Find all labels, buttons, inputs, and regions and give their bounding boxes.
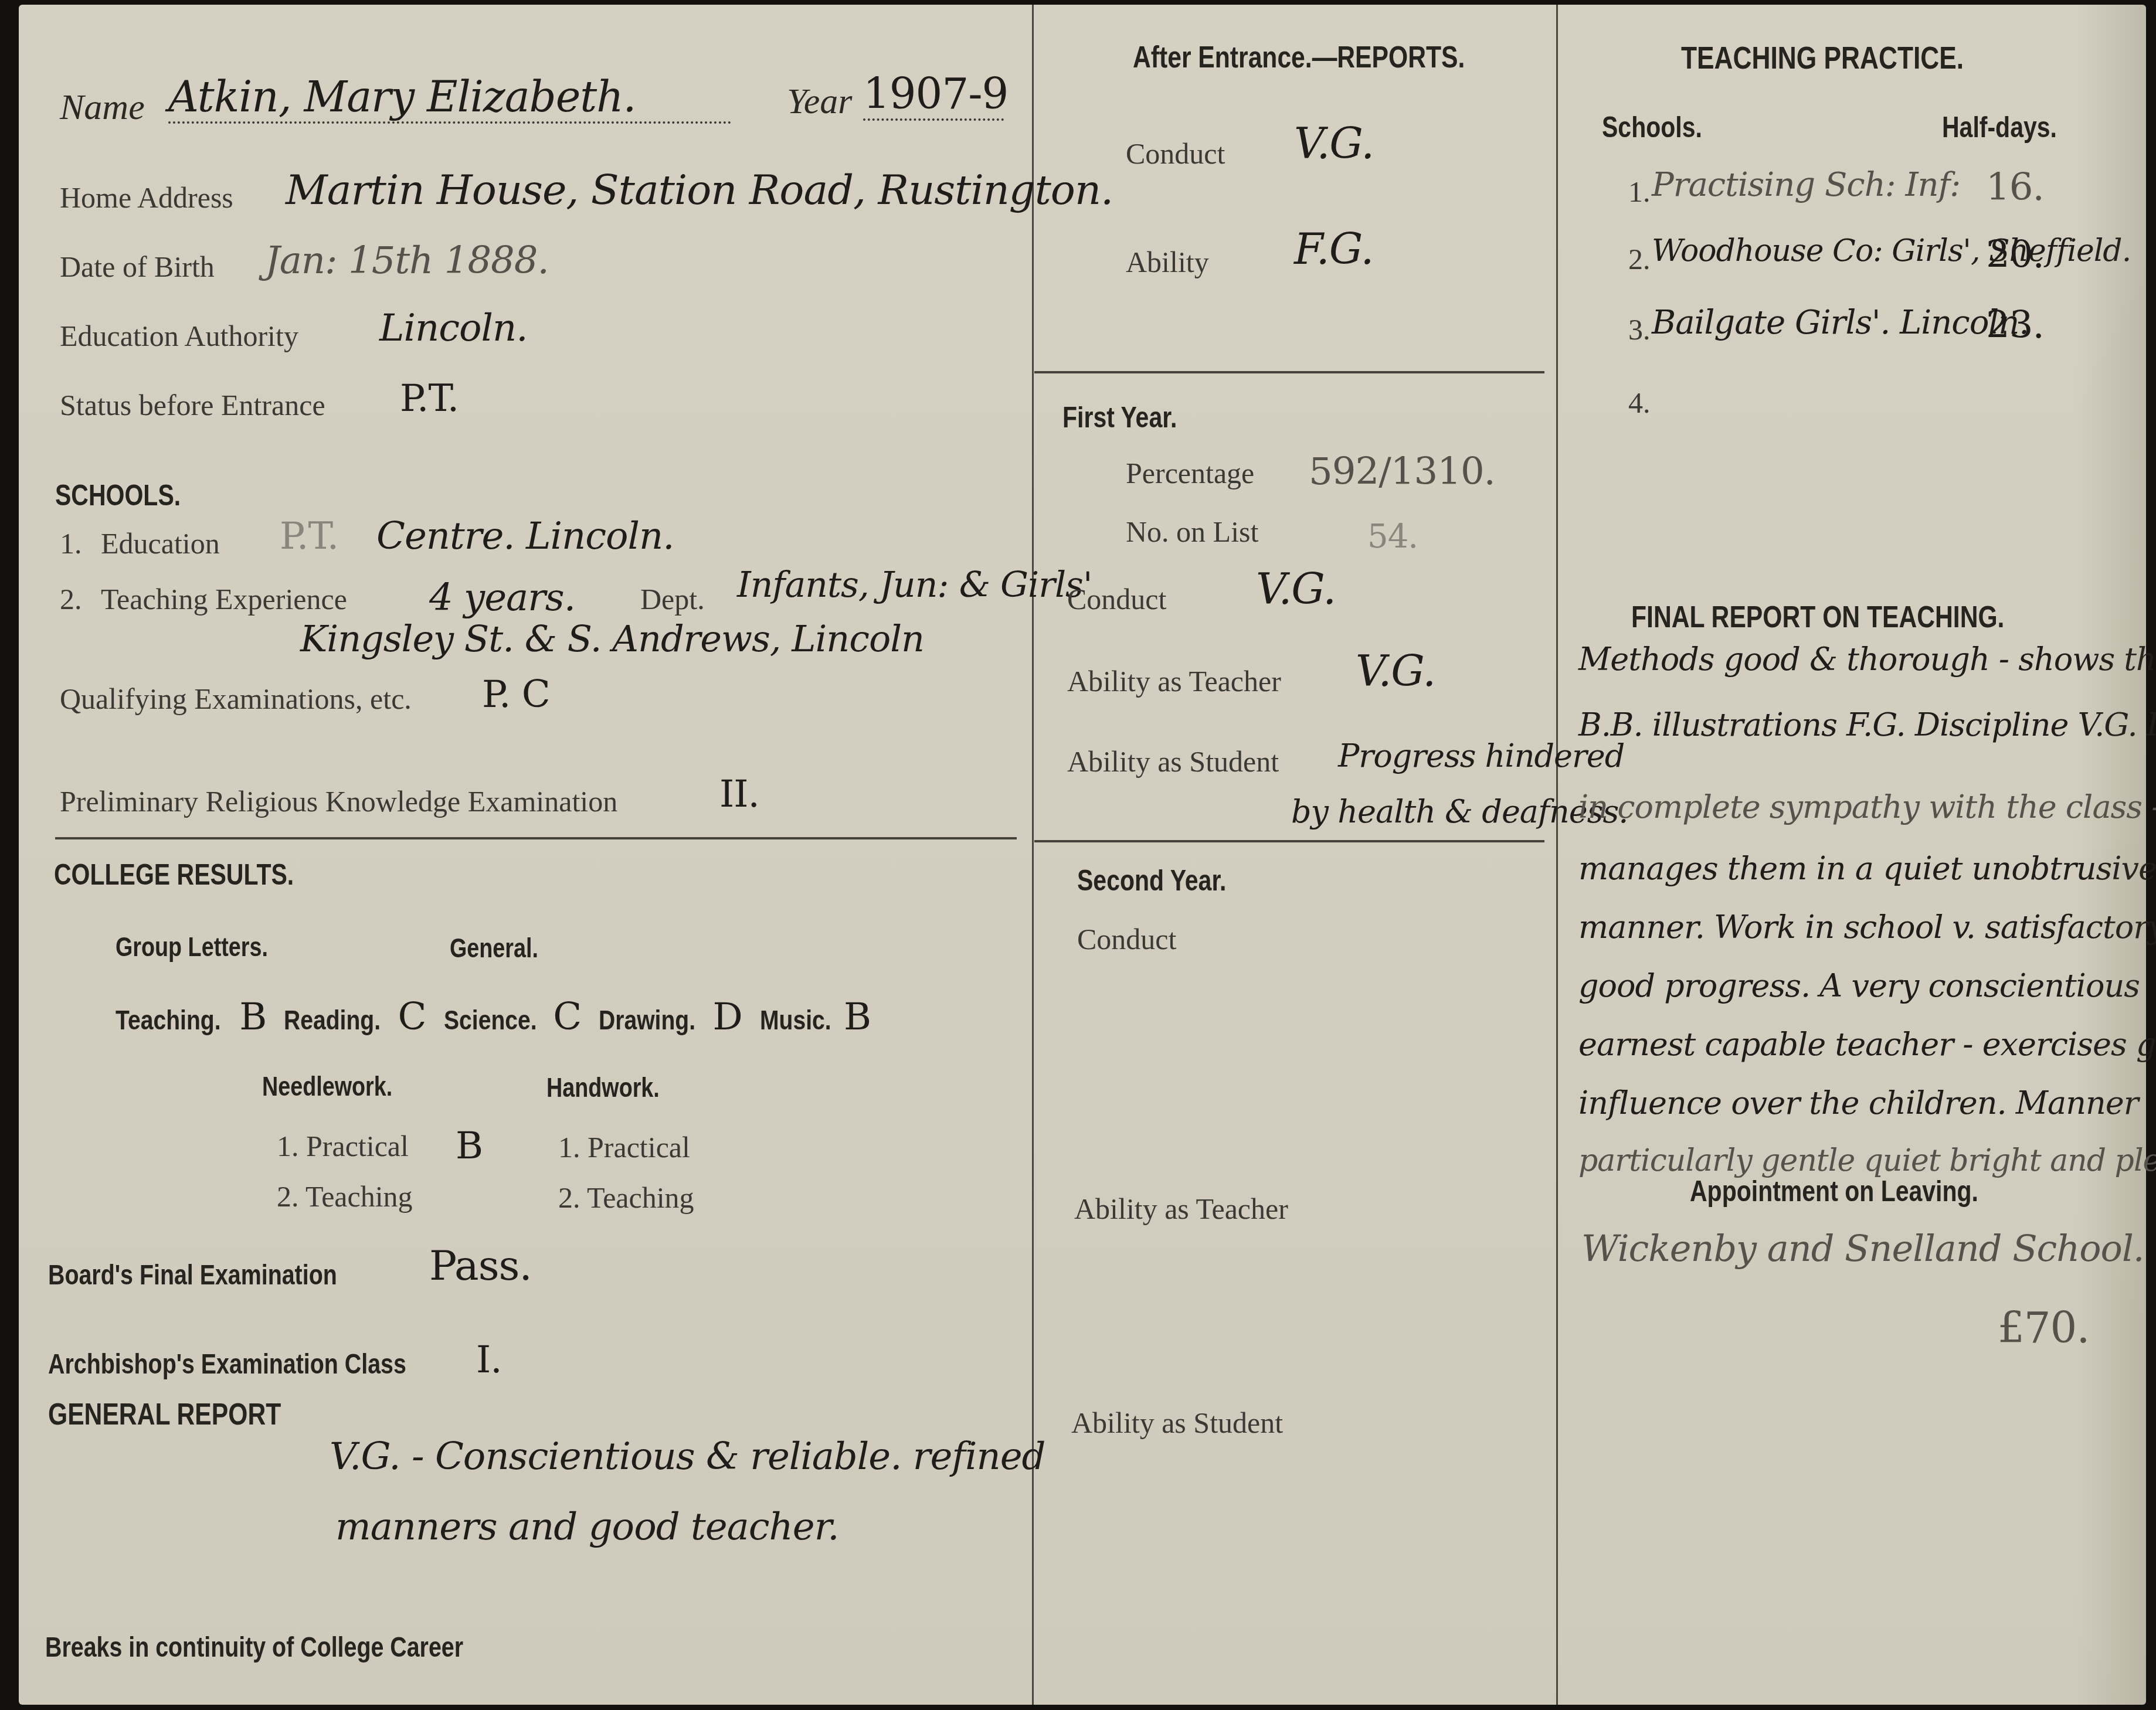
subject-drawing: Drawing. D bbox=[599, 995, 742, 1039]
subject-teaching: Teaching. B bbox=[116, 995, 266, 1039]
handwork-label: Handwork. bbox=[546, 1072, 660, 1103]
teaching-practice-halfdays: 16. bbox=[1986, 166, 2044, 209]
final-report-heading: FINAL REPORT ON TEACHING. bbox=[1631, 600, 2004, 635]
dept-label: Dept. bbox=[640, 582, 705, 616]
halfdays-column-header: Half-days. bbox=[1942, 110, 2057, 144]
divider-entrance-firstyear bbox=[1034, 371, 1544, 373]
student-record-card: Name Atkin, Mary Elizabeth. Year 1907-9 … bbox=[19, 5, 2146, 1705]
name-label: Name bbox=[60, 87, 145, 128]
year-value: 1907-9 bbox=[863, 69, 1004, 121]
schools-heading: SCHOOLS. bbox=[55, 478, 181, 512]
no-on-list-label: No. on List bbox=[1126, 515, 1258, 549]
first-year-ability-student-line2: by health & deafness. bbox=[1291, 793, 1628, 830]
general-report-heading: GENERAL REPORT bbox=[48, 1397, 281, 1432]
subject-music: Music. B bbox=[760, 995, 871, 1039]
education-authority-value: Lincoln. bbox=[379, 307, 528, 350]
first-year-conduct-label: Conduct bbox=[1067, 582, 1166, 616]
final-report-line: in complete sympathy with the class - bbox=[1578, 788, 2141, 850]
teaching-exp-value: 4 years. bbox=[429, 576, 575, 620]
no-on-list-value: 54. bbox=[1367, 518, 1418, 556]
subject-science: Science. C bbox=[444, 995, 582, 1039]
home-address-label: Home Address bbox=[60, 181, 233, 215]
general-report-line1: V.G. - Conscientious & reliable. refined bbox=[330, 1435, 1045, 1478]
grade-teaching: B bbox=[239, 995, 266, 1039]
name-value: Atkin, Mary Elizabeth. bbox=[168, 72, 731, 124]
percentage-value: 592/1310. bbox=[1309, 450, 1495, 494]
final-report-line: B.B. illustrations F.G. Discipline V.G. … bbox=[1578, 706, 2141, 788]
first-year-ability-teacher-value: V.G. bbox=[1356, 647, 1435, 696]
final-report-line: Methods good & thorough - shows thought … bbox=[1578, 641, 2141, 706]
college-results-heading: COLLEGE RESULTS. bbox=[54, 858, 294, 892]
needlework-teaching-label: 2. Teaching bbox=[277, 1179, 413, 1213]
teaching-practice-halfdays: 20. bbox=[1986, 233, 2044, 277]
divider-schools-college bbox=[55, 837, 1017, 839]
dob-value: Jan: 15th 1888. bbox=[265, 239, 549, 283]
education-number: 1. bbox=[60, 526, 82, 560]
second-year-heading: Second Year. bbox=[1077, 864, 1227, 898]
teaching-practice-school: Bailgate Girls'. Lincoln. bbox=[1652, 304, 2029, 342]
education-prefix: P.T. bbox=[280, 515, 338, 558]
final-report-line: manages them in a quiet unobtrusive bbox=[1578, 850, 2141, 909]
second-year-conduct-label: Conduct bbox=[1077, 922, 1176, 956]
status-label: Status before Entrance bbox=[60, 388, 325, 422]
status-value: P.T. bbox=[400, 377, 459, 420]
after-entrance-conduct-value: V.G. bbox=[1294, 119, 1374, 168]
needlework-practical-label: 1. Practical bbox=[277, 1129, 409, 1163]
grade-music: B bbox=[844, 995, 871, 1039]
teaching-practice-school: Woodhouse Co: Girls', Sheffield. bbox=[1652, 233, 2131, 268]
first-year-heading: First Year. bbox=[1062, 400, 1177, 434]
home-address-value: Martin House, Station Road, Rustington. bbox=[286, 166, 1113, 214]
final-report-line: earnest capable teacher - exercises good bbox=[1578, 1026, 2141, 1085]
subject-reading: Reading. C bbox=[284, 995, 426, 1039]
teaching-practice-row: 4. bbox=[1628, 377, 2097, 430]
appointment-heading: Appointment on Leaving. bbox=[1690, 1174, 1978, 1208]
schools-column-header: Schools. bbox=[1602, 110, 1702, 144]
appointment-school: Wickenby and Snelland School. bbox=[1581, 1227, 2144, 1270]
archbishops-value: I. bbox=[476, 1338, 502, 1382]
subject-grades-row: Teaching. B Reading. C Science. C Drawin… bbox=[116, 995, 871, 1042]
religious-label: Preliminary Religious Knowledge Examinat… bbox=[60, 784, 617, 818]
teaching-number: 2. bbox=[60, 582, 82, 616]
boards-final-label: Board's Final Examination bbox=[48, 1259, 337, 1291]
teaching-practice-heading: TEACHING PRACTICE. bbox=[1681, 40, 1964, 76]
teaching-practice-row: 3. Bailgate Girls'. Lincoln. 23. bbox=[1628, 304, 2097, 356]
grade-science: C bbox=[553, 995, 581, 1039]
grade-reading: C bbox=[398, 995, 426, 1039]
teaching-schools-value: Kingsley St. & S. Andrews, Lincoln bbox=[300, 617, 924, 660]
boards-final-value: Pass. bbox=[429, 1242, 532, 1290]
after-entrance-conduct-label: Conduct bbox=[1126, 137, 1225, 171]
education-value: Centre. Lincoln. bbox=[376, 515, 674, 558]
qualifying-label: Qualifying Examinations, etc. bbox=[60, 682, 412, 716]
needlework-label: Needlework. bbox=[262, 1070, 392, 1102]
teaching-practice-school: Practising Sch: Inf: bbox=[1652, 166, 1960, 204]
final-report-line: manner. Work in school v. satisfactory - bbox=[1578, 909, 2141, 967]
first-year-conduct-value: V.G. bbox=[1256, 565, 1336, 614]
general-label: General. bbox=[450, 932, 538, 964]
second-year-ability-teacher-label: Ability as Teacher bbox=[1074, 1192, 1288, 1226]
dept-value: Infants, Jun: & Girls' bbox=[737, 565, 1092, 606]
grade-drawing: D bbox=[712, 995, 742, 1039]
teaching-practice-row: 2. Woodhouse Co: Girls', Sheffield. 20. bbox=[1628, 233, 2097, 286]
final-report-line: good progress. A very conscientious bbox=[1578, 967, 2141, 1026]
percentage-label: Percentage bbox=[1126, 456, 1254, 490]
handwork-teaching-label: 2. Teaching bbox=[558, 1181, 694, 1215]
general-report-line2: manners and good teacher. bbox=[335, 1505, 839, 1549]
divider-firstyear-secondyear bbox=[1034, 840, 1544, 842]
needlework-practical-grade: B bbox=[456, 1124, 483, 1168]
after-entrance-heading: After Entrance.—REPORTS. bbox=[1133, 40, 1465, 75]
first-year-ability-teacher-label: Ability as Teacher bbox=[1067, 664, 1281, 698]
group-letters-label: Group Letters. bbox=[116, 931, 268, 963]
teaching-practice-halfdays: 23. bbox=[1986, 304, 2044, 347]
after-entrance-ability-label: Ability bbox=[1126, 245, 1209, 279]
final-report-text: Methods good & thorough - shows thought … bbox=[1578, 641, 2141, 1202]
teaching-exp-label: Teaching Experience bbox=[101, 582, 347, 616]
year-label: Year bbox=[787, 81, 852, 123]
religious-value: II. bbox=[719, 773, 759, 816]
second-year-ability-student-label: Ability as Student bbox=[1071, 1406, 1283, 1440]
qualifying-value: P. C bbox=[482, 673, 550, 716]
breaks-label: Breaks in continuity of College Career bbox=[45, 1631, 463, 1664]
divider-middle-right bbox=[1556, 5, 1558, 1705]
after-entrance-ability-value: F.G. bbox=[1294, 225, 1373, 274]
education-authority-label: Education Authority bbox=[60, 319, 298, 353]
education-label: Education bbox=[101, 526, 220, 560]
dob-label: Date of Birth bbox=[60, 250, 215, 284]
final-report-line: influence over the children. Manner bbox=[1578, 1085, 2141, 1143]
handwork-practical-label: 1. Practical bbox=[558, 1130, 690, 1164]
appointment-salary: £70. bbox=[1998, 1303, 2089, 1352]
teaching-practice-row: 1. Practising Sch: Inf: 16. bbox=[1628, 166, 2097, 219]
archbishops-label: Archbishop's Examination Class bbox=[48, 1348, 406, 1381]
first-year-ability-student-label: Ability as Student bbox=[1067, 744, 1279, 778]
